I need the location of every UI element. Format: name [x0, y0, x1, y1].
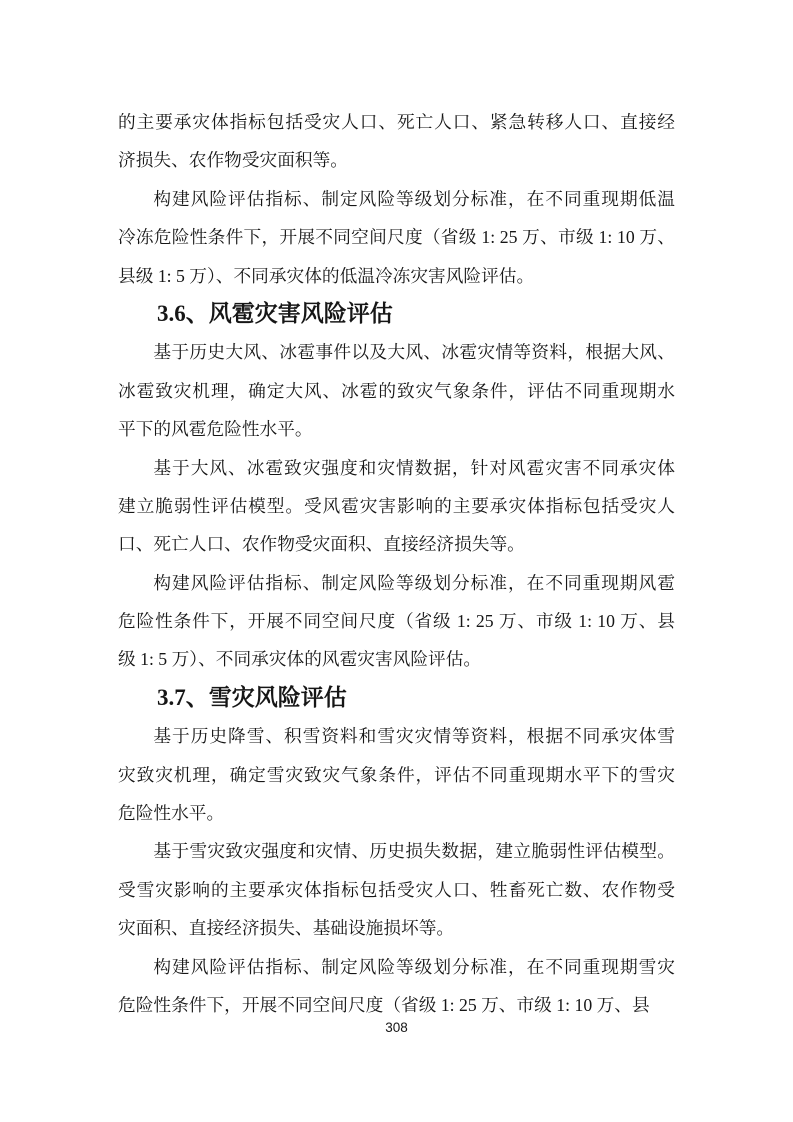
text-line: 的主要承灾体指标包括受灾人口、死亡人口、紧急转移人口、直接经 — [118, 103, 675, 141]
text-line: 基于历史大风、冰雹事件以及大风、冰雹灾情等资料，根据大风、 — [118, 333, 675, 371]
text-line: 构建风险评估指标、制定风险等级划分标准，在不同重现期风雹 — [118, 564, 675, 602]
text-line: 灾面积、直接经济损失、基础设施损坏等。 — [118, 909, 675, 947]
text-line: 构建风险评估指标、制定风险等级划分标准，在不同重现期低温 — [118, 180, 675, 218]
text-line: 口、死亡人口、农作物受灾面积、直接经济损失等。 — [118, 525, 675, 563]
section-heading: 3.7、雪灾风险评估 — [118, 679, 675, 717]
text-line: 灾致灾机理，确定雪灾致灾气象条件，评估不同重现期水平下的雪灾 — [118, 756, 675, 794]
latin-numerals: 1: 5 — [153, 266, 189, 286]
text-line: 冷冻危险性条件下，开展不同空间尺度（省级 1: 25 万、市级 1: 10 万、 — [118, 218, 675, 256]
latin-numerals: 3.6 — [157, 301, 186, 326]
text-line: 危险性条件下，开展不同空间尺度（省级 1: 25 万、市级 1: 10 万、县 — [118, 986, 675, 1024]
text-line: 建立脆弱性评估模型。受风雹灾害影响的主要承灾体指标包括受灾人 — [118, 487, 675, 525]
latin-numerals: 1: 5 — [136, 649, 172, 669]
document-body: 的主要承灾体指标包括受灾人口、死亡人口、紧急转移人口、直接经济损失、农作物受灾面… — [118, 103, 675, 1024]
text-line: 级 1: 5 万）、不同承灾体的风雹灾害风险评估。 — [118, 640, 675, 678]
text-line: 基于历史降雪、积雪资料和雪灾灾情等资料，根据不同承灾体雪 — [118, 717, 675, 755]
latin-numerals: 1: 10 — [573, 611, 620, 631]
text-line: 构建风险评估指标、制定风险等级划分标准，在不同重现期雪灾 — [118, 948, 675, 986]
latin-numerals: 1: 25 — [477, 227, 522, 247]
text-line: 基于雪灾致灾强度和灾情、历史损失数据，建立脆弱性评估模型。 — [118, 832, 675, 870]
latin-numerals: 1: 25 — [436, 995, 481, 1015]
text-line: 危险性水平。 — [118, 794, 675, 832]
text-line: 平下的风雹危险性水平。 — [118, 410, 675, 448]
page-number: 308 — [118, 1020, 675, 1035]
section-heading: 3.6、风雹灾害风险评估 — [118, 295, 675, 333]
document-page: 的主要承灾体指标包括受灾人口、死亡人口、紧急转移人口、直接经济损失、农作物受灾面… — [0, 0, 793, 1122]
text-line: 济损失、农作物受灾面积等。 — [118, 141, 675, 179]
text-line: 危险性条件下，开展不同空间尺度（省级 1: 25 万、市级 1: 10 万、县 — [118, 602, 675, 640]
text-line: 冰雹致灾机理，确定大风、冰雹的致灾气象条件，评估不同重现期水 — [118, 372, 675, 410]
latin-numerals: 1: 25 — [452, 611, 499, 631]
text-line: 受雪灾影响的主要承灾体指标包括受灾人口、牲畜死亡数、农作物受 — [118, 871, 675, 909]
latin-numerals: 1: 10 — [594, 227, 639, 247]
latin-numerals: 3.7 — [157, 685, 186, 710]
text-line: 基于大风、冰雹致灾强度和灾情数据，针对风雹灾害不同承灾体 — [118, 449, 675, 487]
latin-numerals: 1: 10 — [552, 995, 597, 1015]
text-line: 县级 1: 5 万）、不同承灾体的低温冷冻灾害风险评估。 — [118, 257, 675, 295]
